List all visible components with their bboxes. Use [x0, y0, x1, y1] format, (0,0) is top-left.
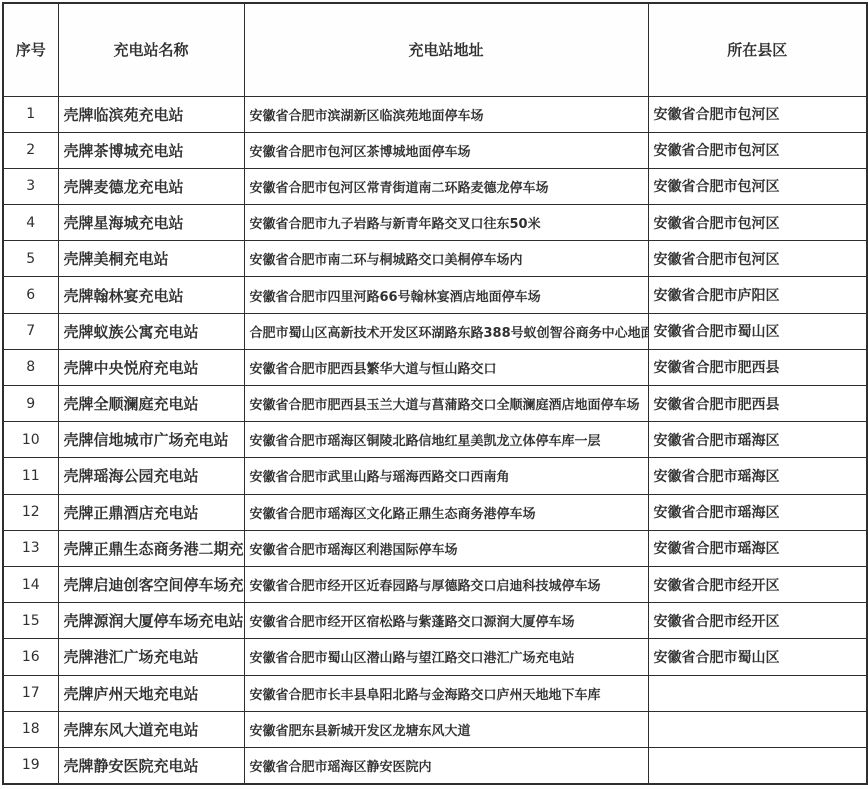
serial-cell: 18 [3, 711, 58, 747]
district-cell: 安徽省合肥市蜀山区 [648, 639, 867, 675]
serial-cell: 10 [3, 422, 58, 458]
table-row: 3壳牌麦德龙充电站安徽省合肥市包河区常青街道南二环路麦德龙停车场安徽省合肥市包河… [3, 168, 867, 204]
table-row: 7壳牌蚁族公寓充电站合肥市蜀山区高新技术开发区环湖路东路388号蚁创智谷商务中心… [3, 313, 867, 349]
serial-cell: 14 [3, 566, 58, 602]
station-address-cell: 安徽省合肥市武里山路与瑶海西路交口西南角 [244, 458, 648, 494]
serial-cell: 12 [3, 494, 58, 530]
station-address-cell: 安徽省肥东县新城开发区龙塘东风大道 [244, 711, 648, 747]
district-cell: 安徽省合肥市包河区 [648, 132, 867, 168]
district-cell: 安徽省合肥市肥西县 [648, 386, 867, 422]
serial-cell: 15 [3, 603, 58, 639]
header-station-name: 充电站名称 [58, 3, 244, 96]
district-cell: 安徽省合肥市蜀山区 [648, 313, 867, 349]
table-row: 18壳牌东风大道充电站安徽省肥东县新城开发区龙塘东风大道 [3, 711, 867, 747]
header-row: 序号 充电站名称 充电站地址 所在县区 [3, 3, 867, 96]
station-name-cell: 壳牌庐州天地充电站 [58, 675, 244, 711]
district-cell: 安徽省合肥市瑶海区 [648, 494, 867, 530]
serial-cell: 5 [3, 241, 58, 277]
serial-cell: 7 [3, 313, 58, 349]
table-row: 11壳牌瑶海公园充电站安徽省合肥市武里山路与瑶海西路交口西南角安徽省合肥市瑶海区 [3, 458, 867, 494]
station-name-cell: 壳牌星海城充电站 [58, 205, 244, 241]
table-row: 5壳牌美桐充电站安徽省合肥市南二环与桐城路交口美桐停车场内安徽省合肥市包河区 [3, 241, 867, 277]
serial-cell: 13 [3, 530, 58, 566]
station-address-cell: 安徽省合肥市四里河路66号翰林宴酒店地面停车场 [244, 277, 648, 313]
station-address-cell: 安徽省合肥市滨湖新区临滨苑地面停车场 [244, 96, 648, 132]
district-cell: 安徽省合肥市包河区 [648, 168, 867, 204]
header-serial: 序号 [3, 3, 58, 96]
table-row: 8壳牌中央悦府充电站安徽省合肥市肥西县繁华大道与恒山路交口安徽省合肥市肥西县 [3, 349, 867, 385]
table-row: 14壳牌启迪创客空间停车场充电安徽省合肥市经开区近春园路与厚德路交口启迪科技城停… [3, 566, 867, 602]
station-name-cell: 壳牌启迪创客空间停车场充电 [58, 566, 244, 602]
serial-cell: 6 [3, 277, 58, 313]
district-cell: 安徽省合肥市包河区 [648, 96, 867, 132]
district-cell: 安徽省合肥市庐阳区 [648, 277, 867, 313]
station-name-cell: 壳牌瑶海公园充电站 [58, 458, 244, 494]
table-row: 19壳牌静安医院充电站安徽省合肥市瑶海区静安医院内 [3, 747, 867, 783]
station-address-cell: 安徽省合肥市瑶海区静安医院内 [244, 747, 648, 783]
table-header: 序号 充电站名称 充电站地址 所在县区 [3, 3, 867, 96]
station-name-cell: 壳牌茶博城充电站 [58, 132, 244, 168]
serial-cell: 4 [3, 205, 58, 241]
station-address-cell: 安徽省合肥市瑶海区铜陵北路信地红星美凯龙立体停车库一层 [244, 422, 648, 458]
district-cell [648, 675, 867, 711]
station-name-cell: 壳牌正鼎生态商务港二期充电 [58, 530, 244, 566]
table-body: 1壳牌临滨苑充电站安徽省合肥市滨湖新区临滨苑地面停车场安徽省合肥市包河区2壳牌茶… [3, 96, 867, 784]
station-name-cell: 壳牌东风大道充电站 [58, 711, 244, 747]
station-address-cell: 安徽省合肥市肥西县玉兰大道与菖蒲路交口全顺澜庭酒店地面停车场 [244, 386, 648, 422]
district-cell: 安徽省合肥市瑶海区 [648, 422, 867, 458]
table-row: 9壳牌全顺澜庭充电站安徽省合肥市肥西县玉兰大道与菖蒲路交口全顺澜庭酒店地面停车场… [3, 386, 867, 422]
table-row: 6壳牌翰林宴充电站安徽省合肥市四里河路66号翰林宴酒店地面停车场安徽省合肥市庐阳… [3, 277, 867, 313]
table-row: 10壳牌信地城市广场充电站安徽省合肥市瑶海区铜陵北路信地红星美凯龙立体停车库一层… [3, 422, 867, 458]
table-row: 13壳牌正鼎生态商务港二期充电安徽省合肥市瑶海区利港国际停车场安徽省合肥市瑶海区 [3, 530, 867, 566]
serial-cell: 19 [3, 747, 58, 783]
station-name-cell: 壳牌临滨苑充电站 [58, 96, 244, 132]
charging-station-table: 序号 充电站名称 充电站地址 所在县区 1壳牌临滨苑充电站安徽省合肥市滨湖新区临… [2, 2, 868, 785]
station-address-cell: 安徽省合肥市长丰县阜阳北路与金海路交口庐州天地地下车库 [244, 675, 648, 711]
table-row: 4壳牌星海城充电站安徽省合肥市九子岩路与新青年路交叉口往东50米安徽省合肥市包河… [3, 205, 867, 241]
serial-cell: 16 [3, 639, 58, 675]
station-address-cell: 安徽省合肥市经开区宿松路与紫蓬路交口源润大厦停车场 [244, 603, 648, 639]
serial-cell: 17 [3, 675, 58, 711]
station-address-cell: 安徽省合肥市九子岩路与新青年路交叉口往东50米 [244, 205, 648, 241]
district-cell: 安徽省合肥市经开区 [648, 603, 867, 639]
header-district: 所在县区 [648, 3, 867, 96]
station-address-cell: 安徽省合肥市经开区近春园路与厚德路交口启迪科技城停车场 [244, 566, 648, 602]
station-name-cell: 壳牌信地城市广场充电站 [58, 422, 244, 458]
station-name-cell: 壳牌正鼎酒店充电站 [58, 494, 244, 530]
station-address-cell: 合肥市蜀山区高新技术开发区环湖路东路388号蚁创智谷商务中心地面停 [244, 313, 648, 349]
station-name-cell: 壳牌静安医院充电站 [58, 747, 244, 783]
station-address-cell: 安徽省合肥市瑶海区利港国际停车场 [244, 530, 648, 566]
station-address-cell: 安徽省合肥市南二环与桐城路交口美桐停车场内 [244, 241, 648, 277]
station-address-cell: 安徽省合肥市包河区茶博城地面停车场 [244, 132, 648, 168]
district-cell: 安徽省合肥市包河区 [648, 241, 867, 277]
district-cell: 安徽省合肥市瑶海区 [648, 458, 867, 494]
station-name-cell: 壳牌麦德龙充电站 [58, 168, 244, 204]
station-name-cell: 壳牌翰林宴充电站 [58, 277, 244, 313]
station-name-cell: 壳牌全顺澜庭充电站 [58, 386, 244, 422]
district-cell: 安徽省合肥市瑶海区 [648, 530, 867, 566]
serial-cell: 3 [3, 168, 58, 204]
table-row: 15壳牌源润大厦停车场充电站安徽省合肥市经开区宿松路与紫蓬路交口源润大厦停车场安… [3, 603, 867, 639]
district-cell [648, 711, 867, 747]
station-address-cell: 安徽省合肥市肥西县繁华大道与恒山路交口 [244, 349, 648, 385]
station-name-cell: 壳牌中央悦府充电站 [58, 349, 244, 385]
charging-station-table-page: 序号 充电站名称 充电站地址 所在县区 1壳牌临滨苑充电站安徽省合肥市滨湖新区临… [0, 0, 868, 789]
district-cell [648, 747, 867, 783]
table-row: 2壳牌茶博城充电站安徽省合肥市包河区茶博城地面停车场安徽省合肥市包河区 [3, 132, 867, 168]
serial-cell: 1 [3, 96, 58, 132]
table-row: 16壳牌港汇广场充电站安徽省合肥市蜀山区潜山路与望江路交口港汇广场充电站安徽省合… [3, 639, 867, 675]
serial-cell: 8 [3, 349, 58, 385]
station-address-cell: 安徽省合肥市蜀山区潜山路与望江路交口港汇广场充电站 [244, 639, 648, 675]
serial-cell: 11 [3, 458, 58, 494]
station-name-cell: 壳牌美桐充电站 [58, 241, 244, 277]
table-row: 1壳牌临滨苑充电站安徽省合肥市滨湖新区临滨苑地面停车场安徽省合肥市包河区 [3, 96, 867, 132]
table-row: 12壳牌正鼎酒店充电站安徽省合肥市瑶海区文化路正鼎生态商务港停车场安徽省合肥市瑶… [3, 494, 867, 530]
district-cell: 安徽省合肥市包河区 [648, 205, 867, 241]
district-cell: 安徽省合肥市经开区 [648, 566, 867, 602]
station-name-cell: 壳牌源润大厦停车场充电站 [58, 603, 244, 639]
table-row: 17壳牌庐州天地充电站安徽省合肥市长丰县阜阳北路与金海路交口庐州天地地下车库 [3, 675, 867, 711]
station-name-cell: 壳牌蚁族公寓充电站 [58, 313, 244, 349]
station-name-cell: 壳牌港汇广场充电站 [58, 639, 244, 675]
district-cell: 安徽省合肥市肥西县 [648, 349, 867, 385]
serial-cell: 2 [3, 132, 58, 168]
station-address-cell: 安徽省合肥市包河区常青街道南二环路麦德龙停车场 [244, 168, 648, 204]
station-address-cell: 安徽省合肥市瑶海区文化路正鼎生态商务港停车场 [244, 494, 648, 530]
header-station-address: 充电站地址 [244, 3, 648, 96]
serial-cell: 9 [3, 386, 58, 422]
